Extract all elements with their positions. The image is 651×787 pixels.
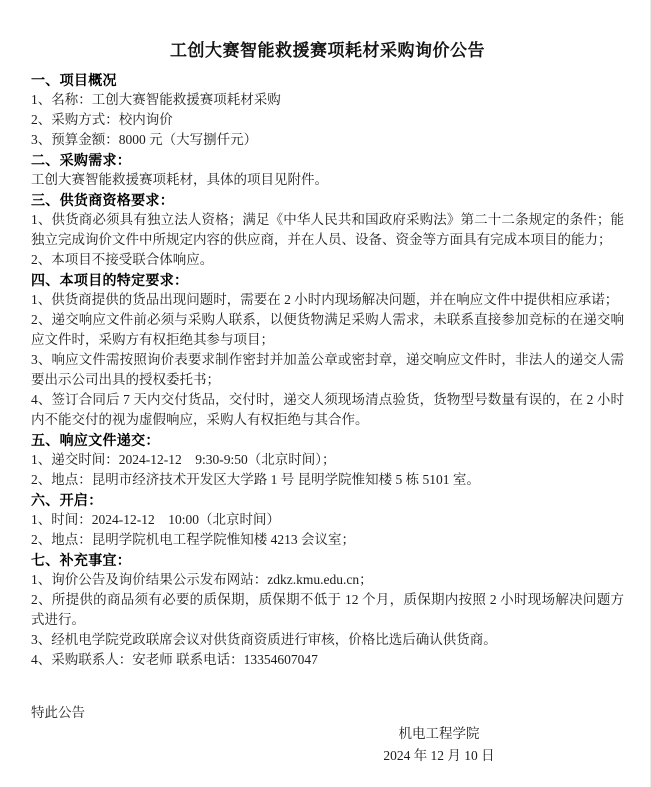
section-project-overview: 一、项目概况 1、名称：工创大赛智能救援赛项耗材采购 2、采购方式：校内询价 3…: [31, 70, 624, 150]
section-item: 4、采购联系人：安老师 联系电话：13354607047: [31, 650, 624, 670]
announcement-page: 工创大赛智能救援赛项耗材采购询价公告 一、项目概况 1、名称：工创大赛智能救援赛…: [0, 0, 651, 787]
section-specific-requirements: 四、本项目的特定要求： 1、供货商提供的货品出现问题时，需要在 2 小时内现场解…: [31, 270, 624, 430]
section-item: 1、询价公告及询价结果公示发布网站：zdkz.kmu.edu.cn；: [31, 570, 624, 590]
section-item: 3、预算金额：8000 元（大写捌仟元）: [31, 130, 624, 150]
section-heading: 四、本项目的特定要求：: [31, 270, 624, 290]
section-item: 1、名称：工创大赛智能救援赛项耗材采购: [31, 90, 624, 110]
section-item: 2、地点：昆明学院机电工程学院惟知楼 4213 会议室；: [31, 530, 624, 550]
section-item: 3、响应文件需按照询价表要求制作密封并加盖公章或密封章，递交响应文件时，非法人的…: [31, 350, 624, 390]
section-heading: 五、响应文件递交：: [31, 430, 624, 450]
section-item: 1、供货商提供的货品出现问题时，需要在 2 小时内现场解决问题，并在响应文件中提…: [31, 290, 624, 310]
section-item: 2、地点：昆明市经济技术开发区大学路 1 号 昆明学院惟知楼 5 栋 5101 …: [31, 470, 624, 490]
section-heading: 二、采购需求：: [31, 150, 624, 170]
signature-block: 机电工程学院 2024 年 12 月 10 日: [351, 723, 527, 767]
section-heading: 三、供货商资格要求：: [31, 190, 624, 210]
section-item: 1、供货商必须具有独立法人资格；满足《中华人民共和国政府采购法》第二十二条规定的…: [31, 210, 624, 250]
section-item: 4、签订合同后 7 天内交付货品，交付时，递交人须现场清点验货，货物型号数量有误…: [31, 390, 624, 430]
section-heading: 一、项目概况: [31, 70, 624, 90]
section-item: 工创大赛智能救援赛项耗材，具体的项目见附件。: [31, 170, 624, 190]
section-item: 3、经机电学院党政联席会议对供货商资质进行审核，价格比选后确认供货商。: [31, 630, 624, 650]
section-item: 1、时间：2024-12-12 10:00（北京时间）: [31, 510, 624, 530]
section-item: 1、递交时间：2024-12-12 9:30-9:50（北京时间）；: [31, 450, 624, 470]
section-item: 2、本项目不接受联合体响应。: [31, 250, 624, 270]
section-item: 2、所提供的商品须有必要的质保期，质保期不低于 12 个月，质保期内按照 2 小…: [31, 590, 624, 630]
section-supplementary-matters: 七、补充事宜： 1、询价公告及询价结果公示发布网站：zdkz.kmu.edu.c…: [31, 550, 624, 670]
section-procurement-demand: 二、采购需求： 工创大赛智能救援赛项耗材，具体的项目见附件。: [31, 150, 624, 190]
section-supplier-qualification: 三、供货商资格要求： 1、供货商必须具有独立法人资格；满足《中华人民共和国政府采…: [31, 190, 624, 270]
signature-date: 2024 年 12 月 10 日: [351, 745, 527, 767]
section-heading: 六、开启：: [31, 490, 624, 510]
signature-org: 机电工程学院: [351, 723, 527, 745]
section-opening: 六、开启： 1、时间：2024-12-12 10:00（北京时间） 2、地点：昆…: [31, 490, 624, 550]
document-title: 工创大赛智能救援赛项耗材采购询价公告: [31, 38, 624, 64]
section-response-submission: 五、响应文件递交： 1、递交时间：2024-12-12 9:30-9:50（北京…: [31, 430, 624, 490]
closing-text: 特此公告: [31, 703, 624, 723]
section-item: 2、递交响应文件前必须与采购人联系，以便货物满足采购人需求，未联系直接参加竞标的…: [31, 310, 624, 350]
section-item: 2、采购方式：校内询价: [31, 110, 624, 130]
section-heading: 七、补充事宜：: [31, 550, 624, 570]
